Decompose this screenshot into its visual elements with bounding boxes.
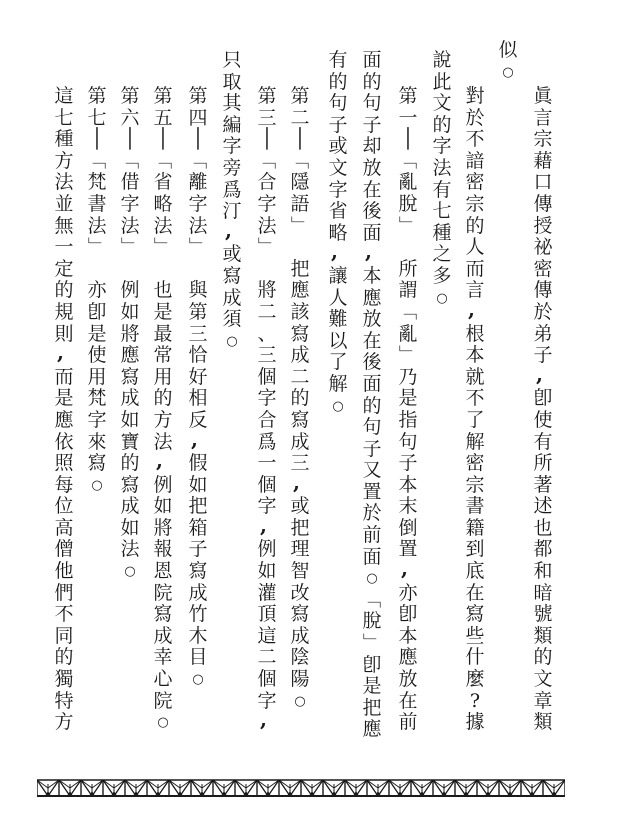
glyph: 如 — [256, 561, 278, 583]
glyph: 用 — [152, 367, 174, 389]
glyph: 脫 — [397, 194, 419, 216]
glyph: 第 — [86, 86, 108, 108]
glyph: 其 — [221, 93, 243, 115]
glyph: 解 — [464, 432, 486, 454]
glyph: 應 — [361, 288, 383, 310]
glyph: ﹁ — [187, 151, 209, 173]
text-column: 第五│﹁省略法﹂ 也是最常用的方法,例如將報恩院寫成幸心院○ — [150, 86, 176, 734]
glyph: 放 — [397, 669, 419, 691]
glyph: 籍 — [464, 518, 486, 540]
glyph: 用 — [86, 367, 108, 389]
glyph: 的 — [119, 453, 141, 475]
glyph: 省 — [152, 172, 174, 194]
glyph: 不 — [464, 388, 486, 410]
glyph: 到 — [464, 539, 486, 561]
glyph: 了 — [327, 352, 349, 374]
glyph: 如 — [119, 518, 141, 540]
glyph: 解 — [327, 374, 349, 396]
glyph: 本 — [397, 626, 419, 648]
glyph: ﹁ — [119, 151, 141, 173]
glyph: 使 — [86, 345, 108, 367]
glyph: 字 — [119, 194, 141, 216]
glyph: 章 — [532, 691, 554, 713]
glyph: 第 — [187, 86, 209, 108]
text-column: 第七│﹁梵書法﹂ 亦卽是使用梵字來寫○ — [84, 86, 110, 496]
glyph: 心 — [152, 669, 174, 691]
glyph: 如 — [152, 496, 174, 518]
glyph: ○ — [221, 331, 243, 353]
glyph: 爲 — [256, 432, 278, 454]
glyph: ﹂ — [187, 237, 209, 259]
glyph: 卽 — [361, 655, 383, 677]
glyph: ○ — [497, 62, 519, 84]
glyph: 字 — [187, 194, 209, 216]
glyph: 隱 — [289, 172, 311, 194]
glyph: 有 — [532, 432, 554, 454]
glyph: 與 — [187, 280, 209, 302]
glyph: 而 — [464, 259, 486, 281]
glyph: 幸 — [152, 647, 174, 669]
glyph: 宗 — [464, 194, 486, 216]
glyph: 也 — [532, 518, 554, 540]
glyph: , — [397, 561, 419, 583]
glyph: 多 — [431, 266, 453, 288]
glyph: ﹂ — [256, 237, 278, 259]
glyph: 對 — [464, 86, 486, 108]
glyph: 個 — [256, 669, 278, 691]
glyph: 梵 — [86, 388, 108, 410]
glyph: 第 — [256, 86, 278, 108]
glyph: 授 — [532, 216, 554, 238]
glyph: 書 — [86, 194, 108, 216]
glyph: 亂 — [397, 324, 419, 346]
glyph: 三 — [187, 324, 209, 346]
glyph: 藉 — [532, 151, 554, 173]
glyph: 例 — [152, 475, 174, 497]
glyph: 爲 — [221, 180, 243, 202]
glyph: ○ — [431, 288, 453, 310]
glyph: 相 — [187, 388, 209, 410]
glyph: 應 — [397, 647, 419, 669]
glyph: 前 — [397, 712, 419, 734]
glyph: ○ — [289, 691, 311, 713]
glyph: 讓 — [327, 266, 349, 288]
glyph: ○ — [86, 475, 108, 497]
glyph: 所 — [532, 453, 554, 475]
glyph: 恰 — [187, 345, 209, 367]
glyph: 如 — [119, 302, 141, 324]
glyph: 倒 — [397, 518, 419, 540]
glyph: 後 — [361, 352, 383, 374]
glyph: 後 — [361, 201, 383, 223]
glyph: 說 — [431, 50, 453, 72]
glyph: 面 — [361, 374, 383, 396]
glyph: 本 — [397, 475, 419, 497]
glyph: ○ — [152, 712, 174, 734]
text-column: 眞言宗藉口傳授祕密傳於弟子,卽使有所著述也都和暗號類的文章類 — [530, 86, 556, 734]
glyph: 們 — [53, 583, 75, 605]
glyph: ﹂ — [361, 633, 383, 655]
glyph: , — [327, 244, 349, 266]
glyph: 成 — [289, 345, 311, 367]
glyph: 好 — [187, 367, 209, 389]
glyph: 院 — [152, 691, 174, 713]
glyph: 弟 — [532, 324, 554, 346]
glyph: 字 — [86, 410, 108, 432]
glyph: 文 — [327, 158, 349, 180]
glyph: 法 — [119, 539, 141, 561]
glyph: 不 — [53, 604, 75, 626]
glyph: 成 — [119, 388, 141, 410]
glyph: 寫 — [152, 604, 174, 626]
glyph: 於 — [361, 503, 383, 525]
glyph: 取 — [221, 72, 243, 94]
glyph: 寫 — [119, 475, 141, 497]
glyph: 以 — [327, 331, 349, 353]
glyph: 第 — [289, 86, 311, 108]
glyph: 宗 — [532, 129, 554, 151]
glyph: 例 — [119, 280, 141, 302]
glyph: ﹂ — [397, 216, 419, 238]
glyph: 的 — [152, 388, 174, 410]
glyph: , — [464, 302, 486, 324]
glyph: 二 — [256, 647, 278, 669]
glyph: 文 — [431, 93, 453, 115]
glyph: 法 — [152, 216, 174, 238]
glyph: 而 — [53, 367, 75, 389]
glyph: 寫 — [221, 266, 243, 288]
glyph: 密 — [464, 172, 486, 194]
glyph: 子 — [397, 453, 419, 475]
glyph: 如 — [119, 410, 141, 432]
glyph: 報 — [152, 539, 174, 561]
glyph: 言 — [532, 108, 554, 130]
glyph: 位 — [53, 496, 75, 518]
glyph: 或 — [327, 136, 349, 158]
glyph: 些 — [464, 626, 486, 648]
glyph: ? — [464, 691, 486, 713]
glyph: 字 — [256, 388, 278, 410]
glyph: 七 — [86, 108, 108, 130]
glyph: 應 — [289, 280, 311, 302]
glyph: 如 — [187, 475, 209, 497]
glyph: 七 — [431, 201, 453, 223]
glyph: 三 — [256, 345, 278, 367]
glyph: 同 — [53, 626, 75, 648]
glyph: 諳 — [464, 151, 486, 173]
glyph: 個 — [256, 475, 278, 497]
glyph: 頂 — [256, 604, 278, 626]
glyph: 是 — [397, 388, 419, 410]
glyph: 智 — [289, 561, 311, 583]
glyph: 亦 — [86, 280, 108, 302]
glyph: ○ — [187, 669, 209, 691]
glyph: 旁 — [221, 158, 243, 180]
glyph: 之 — [431, 244, 453, 266]
glyph: 三 — [256, 108, 278, 130]
glyph: 無 — [53, 216, 75, 238]
glyph: ﹂ — [86, 237, 108, 259]
glyph: 了 — [464, 410, 486, 432]
glyph: 六 — [119, 108, 141, 130]
glyph: 有 — [327, 50, 349, 72]
glyph: 所 — [397, 259, 419, 281]
text-column: 第二│﹁隱語﹂ 把應該寫成二的寫成三,或把理智改寫成陰陽○ — [287, 86, 313, 712]
glyph: 有 — [431, 180, 453, 202]
glyph: 述 — [532, 496, 554, 518]
glyph: 第 — [187, 302, 209, 324]
glyph: 寫 — [289, 324, 311, 346]
glyph: 就 — [464, 367, 486, 389]
glyph: 陰 — [289, 647, 311, 669]
glyph: 他 — [53, 561, 75, 583]
glyph: 根 — [464, 324, 486, 346]
glyph: 梵 — [86, 172, 108, 194]
glyph: 著 — [532, 475, 554, 497]
glyph: ﹂ — [289, 216, 311, 238]
glyph: 二 — [289, 108, 311, 130]
glyph: 特 — [53, 691, 75, 713]
glyph: 把 — [361, 698, 383, 720]
glyph: 子 — [361, 115, 383, 137]
text-column: 這七種方法並無一定的規則,而是應依照每位高僧他們不同的獨特方 — [51, 86, 77, 734]
glyph: 卽 — [532, 388, 554, 410]
glyph: 合 — [256, 410, 278, 432]
text-column: 只取其編字旁爲汀,或寫成須○ — [219, 50, 245, 352]
glyph: 只 — [221, 50, 243, 72]
glyph: ﹁ — [289, 151, 311, 173]
glyph: 離 — [187, 172, 209, 194]
glyph: 字 — [256, 194, 278, 216]
glyph: 寫 — [119, 367, 141, 389]
glyph: 的 — [464, 216, 486, 238]
glyph: 句 — [327, 93, 349, 115]
glyph: 依 — [53, 432, 75, 454]
glyph: 却 — [361, 136, 383, 158]
glyph: ﹁ — [152, 151, 174, 173]
glyph: 類 — [532, 626, 554, 648]
text-column: 面的句子却放在後面,本應放在後面的句子又置於前面○﹁脫﹂卽是把應 — [359, 50, 385, 741]
glyph: 句 — [397, 432, 419, 454]
glyph: 成 — [289, 432, 311, 454]
glyph: 於 — [532, 302, 554, 324]
glyph: 照 — [53, 453, 75, 475]
glyph: 七 — [53, 108, 75, 130]
glyph: 難 — [327, 309, 349, 331]
glyph: 灌 — [256, 583, 278, 605]
text-column: 有的句子或文字省略,讓人難以了解○ — [325, 50, 351, 417]
glyph: 的 — [53, 647, 75, 669]
glyph: 一 — [53, 237, 75, 259]
glyph: , — [256, 518, 278, 540]
glyph: 放 — [361, 158, 383, 180]
glyph: 末 — [397, 496, 419, 518]
glyph: 指 — [397, 410, 419, 432]
glyph: 一 — [397, 108, 419, 130]
glyph: 法 — [86, 216, 108, 238]
glyph: 二 — [289, 367, 311, 389]
glyph: 面 — [361, 50, 383, 72]
glyph: 陽 — [289, 669, 311, 691]
glyph: 和 — [532, 561, 554, 583]
glyph: 法 — [431, 158, 453, 180]
glyph: 寫 — [187, 561, 209, 583]
glyph: 前 — [361, 525, 383, 547]
glyph: 常 — [152, 345, 174, 367]
glyph: 獨 — [53, 669, 75, 691]
glyph: │ — [86, 129, 108, 151]
glyph: 脫 — [361, 611, 383, 633]
glyph: , — [152, 453, 174, 475]
glyph: 卽 — [86, 302, 108, 324]
glyph: 暗 — [532, 583, 554, 605]
glyph: 人 — [464, 237, 486, 259]
glyph: 傳 — [532, 194, 554, 216]
glyph: 號 — [532, 604, 554, 626]
glyph: 是 — [152, 302, 174, 324]
glyph: 底 — [464, 561, 486, 583]
glyph: 並 — [53, 194, 75, 216]
glyph: 的 — [289, 388, 311, 410]
glyph: 置 — [361, 482, 383, 504]
glyph: 這 — [53, 86, 75, 108]
glyph: 子 — [327, 115, 349, 137]
glyph: 法 — [256, 216, 278, 238]
text-column: 對於不諳密宗的人而言,根本就不了解密宗書籍到底在寫些什麼?據 — [462, 86, 488, 734]
glyph: 書 — [464, 496, 486, 518]
glyph: 寫 — [86, 453, 108, 475]
glyph: 寫 — [289, 604, 311, 626]
glyph: 密 — [532, 259, 554, 281]
glyph: 亦 — [397, 583, 419, 605]
glyph: 子 — [187, 539, 209, 561]
glyph: ○ — [119, 561, 141, 583]
glyph: 謂 — [397, 280, 419, 302]
glyph: 是 — [53, 388, 75, 410]
glyph: 把 — [187, 496, 209, 518]
glyph: 第 — [119, 86, 141, 108]
glyph: 高 — [53, 518, 75, 540]
glyph: 什 — [464, 647, 486, 669]
glyph: 法 — [187, 216, 209, 238]
glyph: 也 — [152, 280, 174, 302]
glyph: 定 — [53, 259, 75, 281]
glyph: 一 — [256, 453, 278, 475]
text-column: 說此文的字法有七種之多○ — [429, 50, 455, 309]
glyph: 僧 — [53, 539, 75, 561]
glyph: 例 — [256, 539, 278, 561]
glyph: 本 — [464, 345, 486, 367]
glyph: 借 — [119, 172, 141, 194]
glyph: 在 — [397, 691, 419, 713]
glyph: 略 — [152, 194, 174, 216]
glyph: 寶 — [119, 432, 141, 454]
glyph: 語 — [289, 194, 311, 216]
glyph: 人 — [327, 288, 349, 310]
glyph: 句 — [361, 417, 383, 439]
glyph: 木 — [187, 626, 209, 648]
glyph: 字 — [327, 180, 349, 202]
glyph: 寫 — [464, 604, 486, 626]
glyph: 來 — [86, 432, 108, 454]
glyph: 第 — [152, 86, 174, 108]
glyph: 須 — [221, 309, 243, 331]
glyph: 成 — [119, 496, 141, 518]
glyph: 眞 — [532, 86, 554, 108]
glyph: 乃 — [397, 367, 419, 389]
glyph: 卽 — [397, 604, 419, 626]
glyph: 不 — [464, 129, 486, 151]
glyph: 又 — [361, 460, 383, 482]
glyph: , — [256, 712, 278, 734]
glyph: 似 — [497, 40, 519, 62]
glyph: 或 — [289, 496, 311, 518]
decorative-border-icon — [37, 779, 565, 797]
glyph: ﹁ — [397, 302, 419, 324]
glyph: ○ — [361, 568, 383, 590]
glyph: 的 — [361, 72, 383, 94]
glyph: 將 — [152, 518, 174, 540]
glyph: 改 — [289, 583, 311, 605]
glyph: │ — [397, 129, 419, 151]
glyph: ○ — [327, 396, 349, 418]
glyph: 種 — [431, 223, 453, 245]
glyph: 規 — [53, 302, 75, 324]
glyph: 箱 — [187, 518, 209, 540]
glyph: 恩 — [152, 561, 174, 583]
glyph: 合 — [256, 172, 278, 194]
glyph: 的 — [361, 396, 383, 418]
glyph: ﹁ — [397, 151, 419, 173]
glyph: 理 — [289, 539, 311, 561]
glyph: 在 — [361, 331, 383, 353]
glyph: 應 — [53, 410, 75, 432]
glyph: 傳 — [532, 280, 554, 302]
glyph: │ — [119, 129, 141, 151]
glyph: 是 — [361, 676, 383, 698]
glyph: 這 — [256, 626, 278, 648]
glyph: 字 — [221, 136, 243, 158]
glyph: , — [187, 432, 209, 454]
glyph: 密 — [464, 453, 486, 475]
glyph: , — [221, 223, 243, 245]
glyph: ﹂ — [397, 345, 419, 367]
glyph: 每 — [53, 475, 75, 497]
glyph: │ — [152, 129, 174, 151]
glyph: 方 — [53, 712, 75, 734]
glyph: 應 — [119, 345, 141, 367]
glyph: │ — [289, 129, 311, 151]
glyph: 方 — [53, 151, 75, 173]
glyph: 、 — [256, 324, 278, 346]
glyph: 的 — [327, 72, 349, 94]
glyph: 字 — [431, 136, 453, 158]
glyph: 的 — [53, 280, 75, 302]
glyph: ﹂ — [152, 237, 174, 259]
glyph: 第 — [397, 86, 419, 108]
glyph: 此 — [431, 72, 453, 94]
glyph: 編 — [221, 115, 243, 137]
glyph: 口 — [532, 172, 554, 194]
glyph: 在 — [361, 180, 383, 202]
glyph: 該 — [289, 302, 311, 324]
glyph: 成 — [221, 288, 243, 310]
glyph: 或 — [221, 244, 243, 266]
glyph: 使 — [532, 410, 554, 432]
glyph: 子 — [361, 439, 383, 461]
text-column: 第六│﹁借字法﹂ 例如將應寫成如寶的寫成如法○ — [117, 86, 143, 583]
glyph: , — [289, 475, 311, 497]
